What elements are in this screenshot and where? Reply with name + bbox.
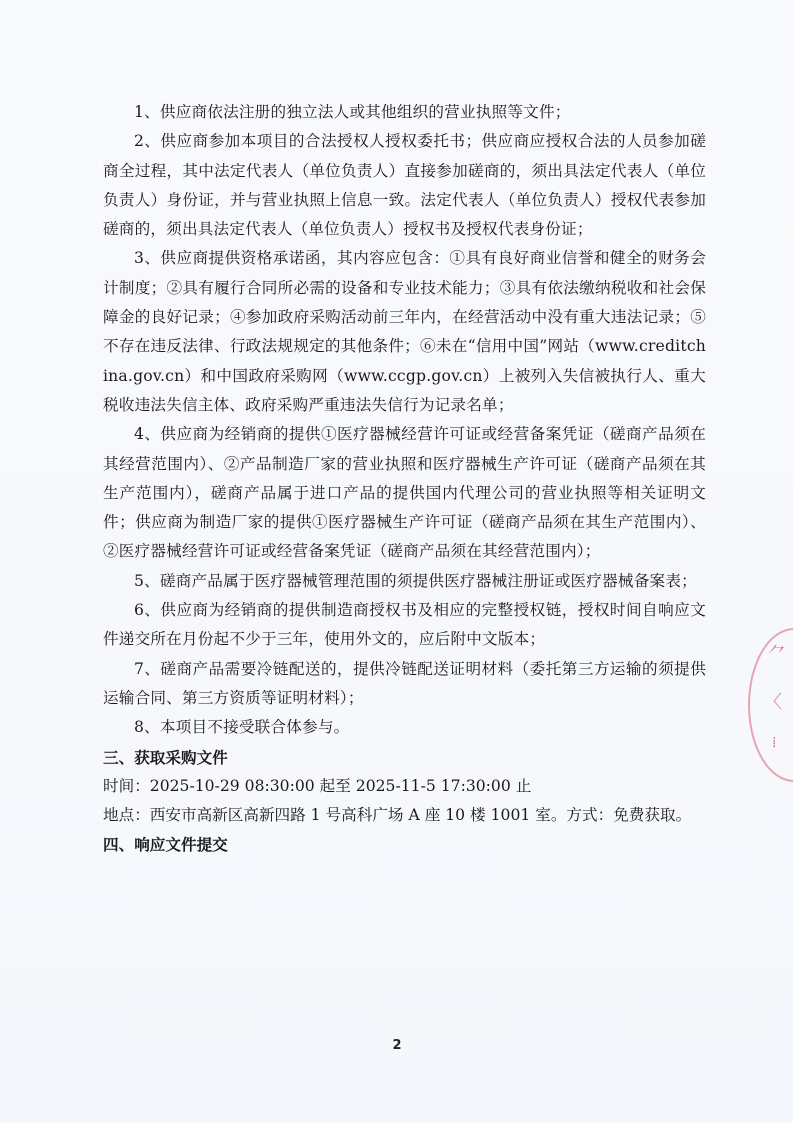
- seal-glyph-icon: ⺈: [768, 640, 786, 666]
- requirement-item-3: 3、供应商提供资格承诺函，其内容应包含：①具有良好商业信誉和健全的财务会计制度；…: [103, 244, 706, 420]
- requirement-item-7: 7、磋商产品需要冷链配送的，提供冷链配送证明材料（委托第三方运输的须提供运输合同…: [103, 655, 706, 714]
- section-4-heading: 四、响应文件提交: [103, 830, 706, 859]
- document-body: 1、供应商依法注册的独立法人或其他组织的营业执照等文件； 2、供应商参加本项目的…: [103, 98, 706, 860]
- page-number: 2: [390, 1038, 404, 1053]
- section-3-time: 时间：2025-10-29 08:30:00 起至 2025-11-5 17:3…: [103, 772, 706, 801]
- seal-glyph-icon: 〈: [764, 688, 782, 714]
- seal-glyph-icon: ⁞: [772, 735, 776, 751]
- document-page: 1、供应商依法注册的独立法人或其他组织的营业执照等文件； 2、供应商参加本项目的…: [0, 0, 793, 1123]
- section-3-location: 地点：西安市高新区高新四路 1 号高科广场 A 座 10 楼 1001 室。方式…: [103, 801, 706, 830]
- requirement-item-8: 8、本项目不接受联合体参与。: [103, 713, 706, 742]
- requirement-item-6: 6、供应商为经销商的提供制造商授权书及相应的完整授权链，授权时间自响应文件递交所…: [103, 596, 706, 655]
- section-3-heading: 三、获取采购文件: [103, 743, 706, 772]
- requirement-item-2: 2、供应商参加本项目的合法授权人授权委托书；供应商应授权合法的人员参加磋商全过程…: [103, 127, 706, 244]
- requirement-item-4: 4、供应商为经销商的提供①医疗器械经营许可证或经营备案凭证（磋商产品须在其经营范…: [103, 420, 706, 566]
- requirement-item-1: 1、供应商依法注册的独立法人或其他组织的营业执照等文件；: [103, 98, 706, 127]
- requirement-item-5: 5、磋商产品属于医疗器械管理范围的须提供医疗器械注册证或医疗器械备案表；: [103, 567, 706, 596]
